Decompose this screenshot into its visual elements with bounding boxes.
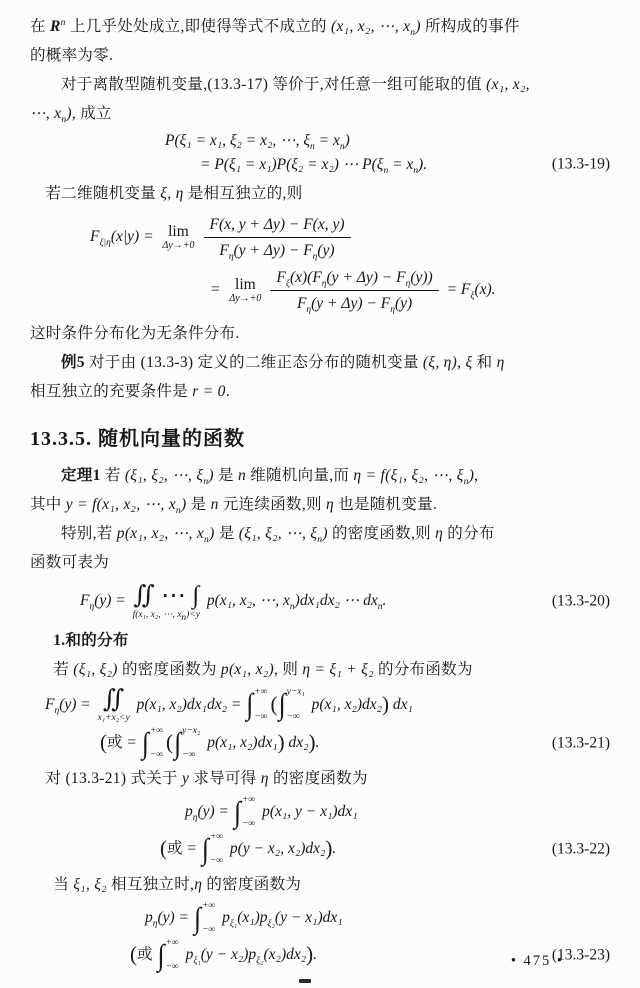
equation-body: = P(ξ₁ = x₁)P(ξ₂ = x₂) ⋯ P(ξn = xn). [200,156,427,173]
subsection-heading: 1.和的分布 [30,626,610,655]
section-heading: 13.3.5. 随机向量的函数 [30,422,610,451]
equation: = P(ξ₁ = x₁)P(ξ₂ = x₂) ⋯ P(ξn = xn). (13… [30,155,610,176]
paragraph-line: 其中 y = f(x₁, x₂, ⋯, xn) 是 n 元连续函数,则 η 也是… [30,490,610,519]
paragraph-line: 当 ξ₁, ξ₂ 相互独立时,η 的密度函数为 [30,870,610,899]
equation: = limΔy→+0Fξ(x)(Fη(y + Δy) − Fη(y))Fη(y … [30,267,610,314]
paragraph-line: 的概率为零. [30,41,610,70]
equation-body: Fη(y) = ∬x₁+x₂<y p(x₁, x₂)dx₁dx₂ = ∫+∞−∞… [45,696,413,713]
equation: (或 = ∫+∞−∞ p(y − x₂, x₂)dx₂). (13.3-22) [30,833,610,867]
paragraph-line: ⋯, xn), 成立 [30,99,610,128]
paragraph-line: 函数可表为 [30,548,610,577]
equation-body: (或 = ∫+∞−∞ p(y − x₂, x₂)dx₂). [160,840,336,857]
textbook-page: 在 Rn 上几乎处处成立,即使得等式不成立的 (x₁, x₂, ⋯, xn) 所… [0,0,640,988]
paragraph-line: 相互独立的充要条件是 r = 0. [30,377,610,406]
equation-number: (13.3-22) [552,839,610,860]
equation-body: pη(y) = ∫+∞−∞ p(x₁, y − x₁)dx₁ [185,803,358,820]
paragraph-line: 在 Rn 上几乎处处成立,即使得等式不成立的 (x₁, x₂, ⋯, xn) 所… [30,12,610,41]
equation-number: (13.3-19) [552,155,610,176]
equation-body: Fξ|η(x|y) = limΔy→+0F(x, y + Δy) − F(x, … [90,228,355,245]
paragraph-line: 定理1 若 (ξ₁, ξ₂, ⋯, ξn) 是 n 维随机向量,而 η = f(… [30,461,610,490]
equation-body: pη(y) = ∫+∞−∞ pξ₁(x₁)pξ₂(y − x₁)dx₁ [145,909,343,926]
equation: pη(y) = ∫+∞−∞ p(x₁, y − x₁)dx₁ [30,796,610,830]
equation: (或 = ∫+∞−∞(∫y−x₂−∞ p(x₁, x₂)dx₁) dx₂). (… [30,727,610,761]
scan-artifact-mark [299,979,311,983]
paragraph-line: 特别,若 p(x₁, x₂, ⋯, xn) 是 (ξ₁, ξ₂, ⋯, ξn) … [30,519,610,548]
paragraph-line: 对 (13.3-21) 式关于 y 求导可得 η 的密度函数为 [30,764,610,793]
paragraph-line: 若 (ξ₁, ξ₂) 的密度函数为 p(x₁, x₂), 则 η = ξ₁ + … [30,655,610,684]
equation-number: (13.3-20) [552,591,610,612]
equation-body: P(ξ₁ = x₁, ξ₂ = x₂, ⋯, ξn = xn) [165,132,350,149]
paragraph-line: 对于离散型随机变量,(13.3-17) 等价于,对任意一组可能取的值 (x₁, … [30,70,610,99]
equation-number: (13.3-21) [552,733,610,754]
paragraph-line: 例5 对于由 (13.3-3) 定义的二维正态分布的随机变量 (ξ, η), ξ… [30,348,610,377]
equation-body: = limΔy→+0Fξ(x)(Fη(y + Δy) − Fη(y))Fη(y … [210,281,496,298]
equation-body: Fη(y) = ∬ ⋯ ∫f(x₁, x₂, ⋯, xn)<y p(x₁, x₂… [80,592,386,609]
equation: P(ξ₁ = x₁, ξ₂ = x₂, ⋯, ξn = xn) [30,131,610,152]
paragraph-line: 这时条件分布化为无条件分布. [30,319,610,348]
equation: Fη(y) = ∬ ⋯ ∫f(x₁, x₂, ⋯, xn)<y p(x₁, x₂… [30,583,610,620]
equation: Fξ|η(x|y) = limΔy→+0F(x, y + Δy) − F(x, … [30,214,610,261]
equation-body: (或 = ∫+∞−∞(∫y−x₂−∞ p(x₁, x₂)dx₁) dx₂). [100,734,319,751]
equation: pη(y) = ∫+∞−∞ pξ₁(x₁)pξ₂(y − x₁)dx₁ [30,902,610,936]
equation: Fη(y) = ∬x₁+x₂<y p(x₁, x₂)dx₁dx₂ = ∫+∞−∞… [30,687,610,724]
page-number: • 475 • [511,953,564,970]
paragraph-line: 若二维随机变量 ξ, η 是相互独立的,则 [30,179,610,208]
equation-body: (或 ∫+∞−∞ pξ₁(y − x₂)pξ₂(x₂)dx₂). [130,946,317,963]
